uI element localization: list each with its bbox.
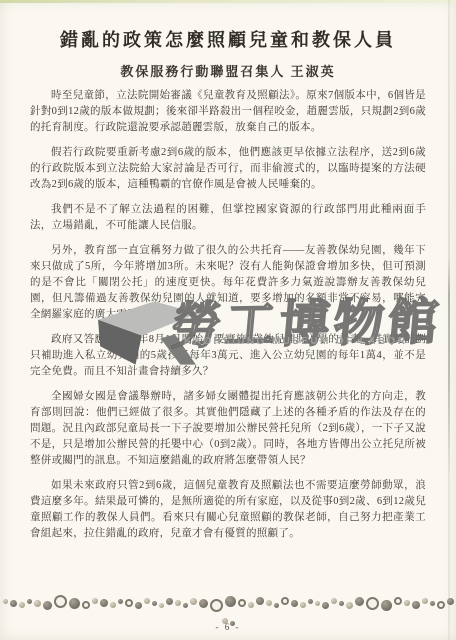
pearl-bead bbox=[175, 600, 181, 606]
pearl-bead bbox=[3, 599, 8, 604]
pearl-bead bbox=[394, 597, 402, 605]
pearl-bead bbox=[300, 602, 306, 608]
pearl-bead bbox=[152, 601, 157, 606]
pearl-bead bbox=[210, 599, 223, 612]
paragraph: 全國婦女國是會議舉辦時，諸多婦女團體提出托育應該朝公共化的方向走，教育部則回說：… bbox=[30, 389, 426, 469]
pearl-bead bbox=[190, 598, 197, 605]
document-page: 錯亂的政策怎麼照顧兒童和教保人員 教保服務行動聯盟召集人 王淑英 時至兒童節，立… bbox=[0, 0, 456, 640]
pearl-bead bbox=[248, 602, 254, 608]
pearl-bead bbox=[315, 601, 320, 606]
body-text: 時至兒童節，立法院開始審議《兒童教育及照顧法》。原來7個版本中，6個皆是針對0到… bbox=[30, 88, 426, 590]
pearl-bead bbox=[43, 601, 52, 610]
pearl-divider bbox=[0, 594, 456, 614]
page-subtitle: 教保服務行動聯盟召集人 王淑英 bbox=[0, 61, 456, 80]
pearl-bead bbox=[274, 603, 279, 608]
pearl-bead bbox=[291, 600, 298, 607]
pearl-bead bbox=[183, 603, 188, 608]
pearl-bead bbox=[256, 597, 264, 605]
pearl-bead bbox=[10, 600, 17, 607]
pearl-bead bbox=[266, 600, 272, 606]
pearl-bead bbox=[34, 600, 41, 607]
pearl-bead bbox=[110, 602, 116, 608]
pearl-bead bbox=[82, 601, 90, 609]
pearl-bead bbox=[118, 599, 123, 604]
page-number: - 6 - bbox=[0, 622, 456, 632]
pearl-bead bbox=[437, 601, 445, 609]
paragraph: 我們不是不了解立法過程的困難，但掌控國家資源的行政部門用此種兩面手法，立場錯亂，… bbox=[30, 202, 426, 234]
paragraph: 另外，教育部一直宣稱努力做了很久的公共托育——友善教保幼兒園，幾年下來只做成了5… bbox=[30, 243, 426, 323]
pearl-bead bbox=[92, 598, 98, 604]
pearl-bead bbox=[346, 602, 353, 609]
scan-edge-top bbox=[0, 0, 456, 3]
paragraph: 時至兒童節，立法院開始審議《兒童教育及照顧法》。原來7個版本中，6個皆是針對0到… bbox=[30, 88, 426, 136]
pearl-bead bbox=[447, 598, 454, 605]
pearl-bead bbox=[100, 599, 108, 607]
pearl-bead bbox=[159, 603, 164, 608]
pearl-bead bbox=[355, 597, 364, 606]
pearl-bead bbox=[331, 598, 337, 604]
pearl-bead bbox=[412, 601, 420, 609]
paragraph: 如果未來政府只管2到6歲，這個兒童教育及照顧法也不需要這麼勞師動眾，浪費這麼多年… bbox=[30, 478, 426, 542]
page-title: 錯亂的政策怎麼照顧兒童和教保人員 bbox=[0, 26, 456, 52]
pearl-bead bbox=[322, 602, 329, 609]
pearl-bead bbox=[281, 597, 289, 605]
pearl-bead bbox=[238, 599, 246, 607]
pearl-bead bbox=[166, 598, 173, 605]
pearl-bead bbox=[135, 602, 142, 609]
pearl-bead bbox=[404, 600, 410, 606]
pearl-bead bbox=[125, 599, 133, 607]
pearl-bead bbox=[144, 598, 150, 604]
pearl-bead bbox=[366, 597, 379, 610]
pearl-bead bbox=[422, 598, 428, 604]
paragraph: 假若行政院要重新考慮2到6歲的版本，他們應該更早依據立法程序，送2到6歲的行政院… bbox=[30, 145, 426, 193]
pearl-bead bbox=[339, 601, 344, 606]
pearl-bead bbox=[430, 601, 435, 606]
pearl-bead bbox=[225, 596, 236, 607]
scan-edge-right bbox=[448, 0, 450, 640]
pearl-bead bbox=[54, 595, 67, 608]
pearl-bead bbox=[19, 602, 25, 608]
pearl-bead bbox=[308, 599, 313, 604]
document-header: 錯亂的政策怎麼照顧兒童和教保人員 教保服務行動聯盟召集人 王淑英 bbox=[0, 0, 456, 80]
pearl-bead bbox=[27, 599, 32, 604]
pearl-bead bbox=[199, 599, 208, 608]
paragraph: 政府又答應，從今年8月1日開始，要實施5歲幼兒補助入學的計畫。其實此計劃只補助進… bbox=[30, 332, 426, 380]
pearl-bead bbox=[69, 598, 80, 609]
pearl-bead bbox=[381, 600, 392, 611]
